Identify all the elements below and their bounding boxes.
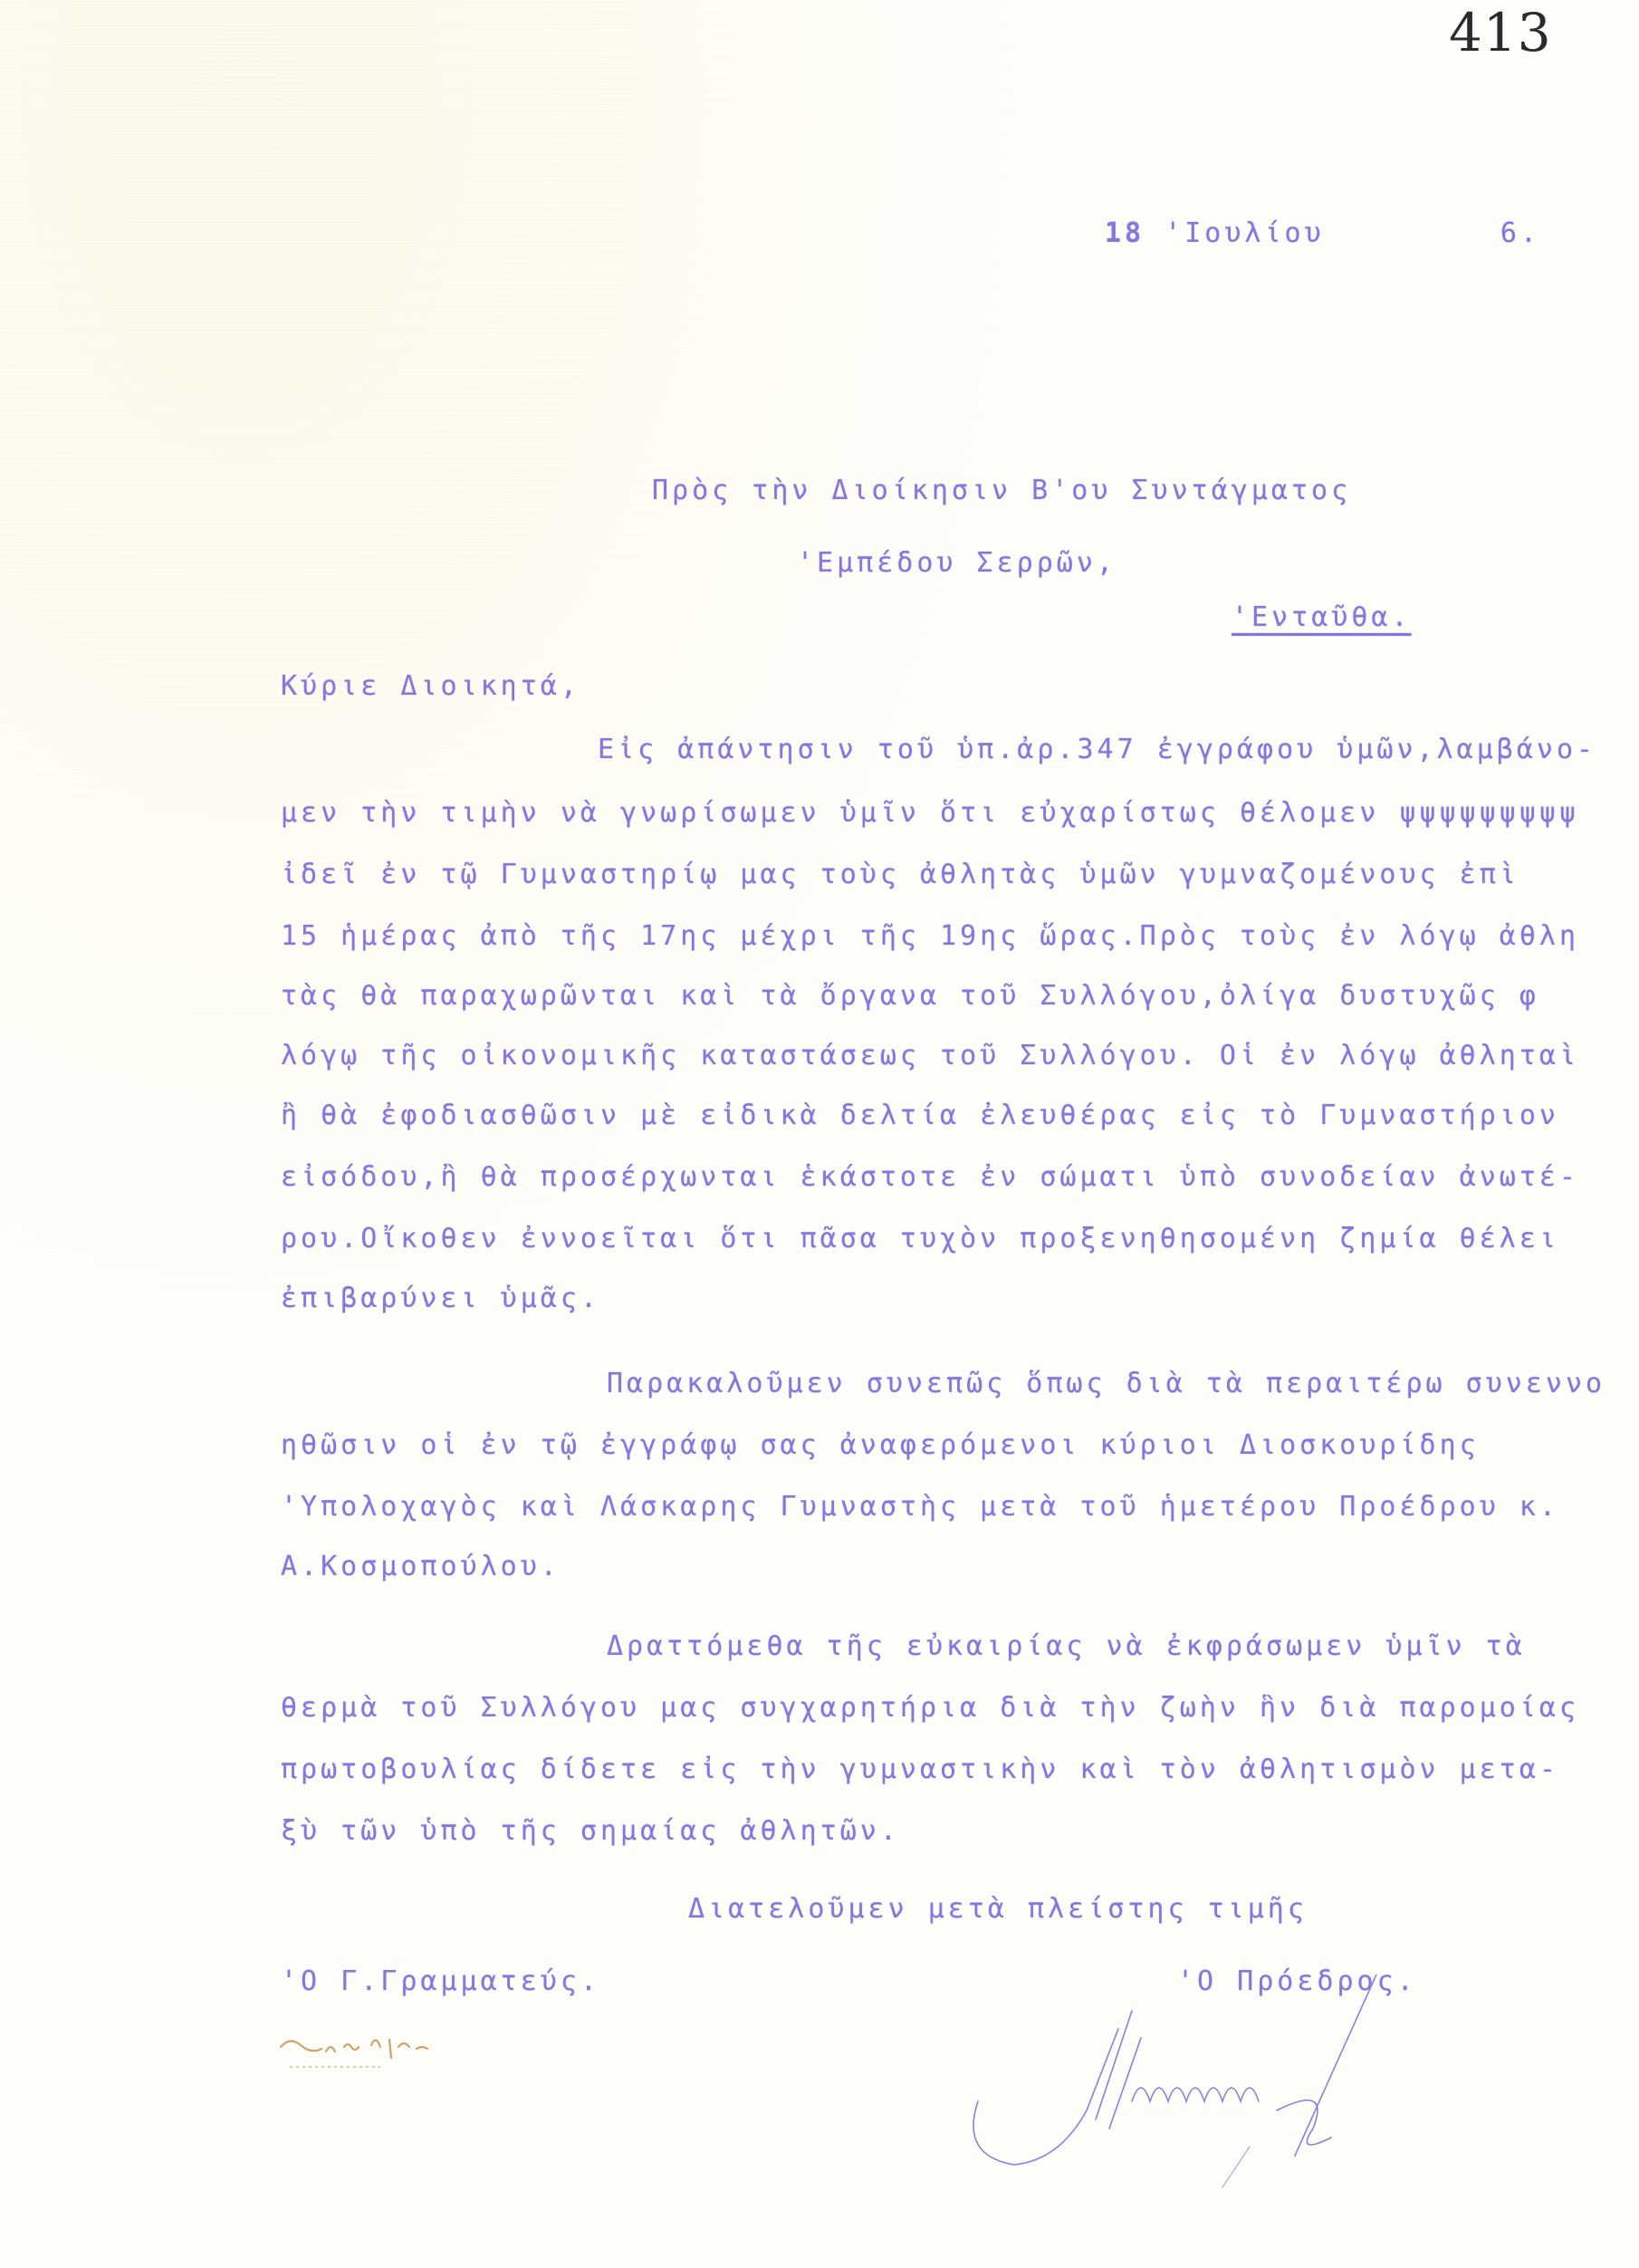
page-number-stamp: 413 xyxy=(1449,2,1552,63)
body-line: τὰς θὰ παραχωρῶνται καὶ τὰ ὄργανα τοῦ Συ… xyxy=(281,980,1539,1012)
paragraph3-line: ξὺ τῶν ὑπὸ τῆς σημαίας ἀθλητῶν. xyxy=(281,1815,900,1847)
body-line: 15 ἡμέρας ἀπὸ τῆς 17ης μέχρι τῆς 19ης ὥρ… xyxy=(281,920,1579,952)
body-line: μεν τὴν τιμὴν νὰ γνωρίσωμεν ὑμῖν ὅτι εὐχ… xyxy=(281,797,1579,829)
paper-background xyxy=(0,0,1639,2268)
body-line: ἐπιβαρύνει ὑμᾶς. xyxy=(281,1283,600,1314)
president-signature xyxy=(951,1975,1404,2192)
address-line-1: Πρὸς τὴν Διοίκησιν Β'ου Συντάγματος xyxy=(652,475,1351,506)
body-line: ἢ θὰ ἐφοδιασθῶσιν μὲ εἰδικὰ δελτία ἐλευθ… xyxy=(281,1100,1559,1131)
paragraph3-line: θερμὰ τοῦ Συλλόγου μας συγχαρητήρια διὰ … xyxy=(281,1692,1579,1724)
secretary-signature xyxy=(272,2020,453,2074)
paragraph2-line: Α.Κοσμοπούλου. xyxy=(281,1551,561,1582)
secretary-title: 'Ο Γ.Γραμματεύς. xyxy=(281,1965,600,1997)
body-line: ἰδεῖ ἐν τῷ Γυμναστηρίῳ μας τοὺς ἀθλητὰς … xyxy=(281,859,1519,890)
body-line: ρου.Οἴκοθεν ἐννοεῖται ὅτι πᾶσα τυχὸν προ… xyxy=(281,1223,1559,1254)
date-month: 'Ιουλίου xyxy=(1165,217,1325,249)
closing-line: Διατελοῦμεν μετὰ πλείστης τιμῆς xyxy=(688,1893,1308,1925)
paragraph2-line: ηθῶσιν οἱ ἐν τῷ ἐγγράφῳ σας ἀναφερόμενοι… xyxy=(281,1429,1480,1461)
date-year: 6. xyxy=(1500,217,1540,249)
body-line: Εἰς ἀπάντησιν τοῦ ὑπ.ἀρ.347 ἐγγράφου ὑμῶ… xyxy=(598,734,1596,765)
paragraph2-line: 'Υπολοχαγὸς καὶ Λάσκαρης Γυμναστὴς μετὰ … xyxy=(281,1491,1559,1523)
address-line-3: 'Ενταῦθα. xyxy=(1232,601,1412,633)
salutation: Κύριε Διοικητά, xyxy=(281,670,580,702)
body-line: λόγῳ τῆς οἰκονομικῆς καταστάσεως τοῦ Συλ… xyxy=(281,1040,1579,1072)
date-day: 18 xyxy=(1105,217,1145,249)
paragraph3-line: Δραττόμεθα τῆς εὐκαιρίας νὰ ἐκφράσωμεν ὑ… xyxy=(607,1630,1526,1662)
body-line: εἰσόδου,ἢ θὰ προσέρχωνται ἑκάστοτε ἐν σώ… xyxy=(281,1161,1579,1193)
date-line: 18 'Ιουλίου 6. xyxy=(1105,217,1540,249)
paragraph2-line: Παρακαλοῦμεν συνεπῶς ὅπως διὰ τὰ περαιτέ… xyxy=(607,1368,1605,1399)
paragraph3-line: πρωτοβουλίας δίδετε εἰς τὴν γυμναστικὴν … xyxy=(281,1754,1559,1785)
address-line-2: 'Εμπέδου Σερρῶν, xyxy=(797,547,1117,579)
